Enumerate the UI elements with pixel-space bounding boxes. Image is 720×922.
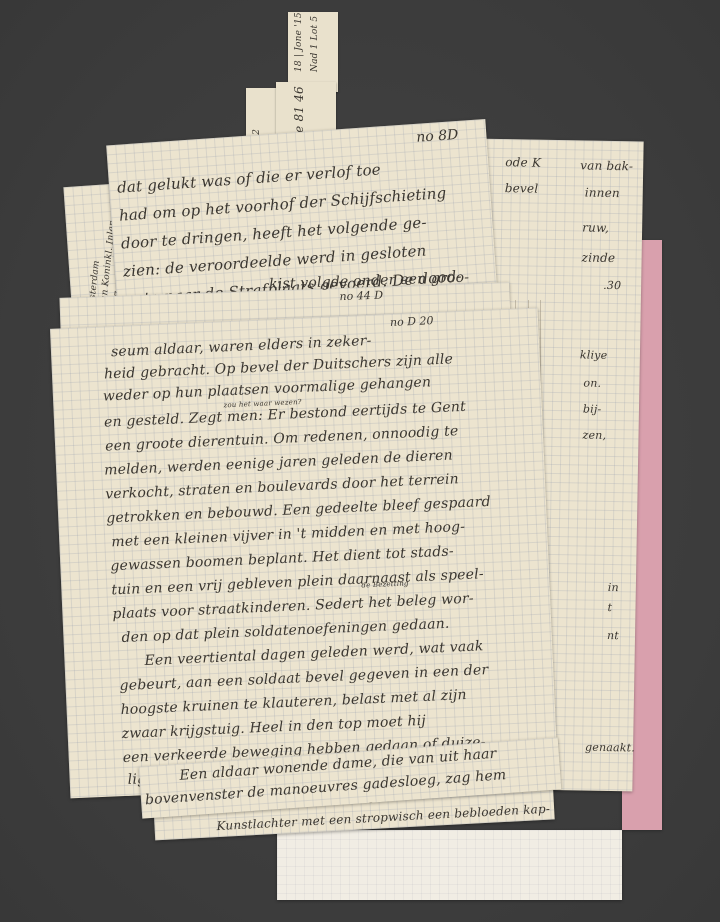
fragment: .30: [603, 279, 621, 292]
fragment: van bak-: [580, 158, 633, 173]
front-manuscript-page: no D 20 seum aldaar, waren elders in zek…: [50, 308, 558, 799]
fragment: innen: [585, 185, 620, 200]
fragment: bij-: [583, 402, 602, 415]
paper-tab-top: 18 | Jone '15 Nad 1 Lot 5: [288, 12, 338, 92]
interlinear-note: de Bezetting: [361, 579, 409, 589]
fragment: bevel: [505, 181, 539, 196]
page-number: no D 20: [390, 314, 434, 329]
tab-line: Nad 1 Lot 5: [310, 16, 320, 72]
fragment: zinde: [582, 250, 616, 265]
page-number: no 8D: [416, 127, 459, 146]
fragment: t: [607, 601, 612, 614]
fragment: ruw,: [582, 220, 609, 234]
fragment: nt: [607, 629, 619, 642]
fragment: on.: [583, 377, 601, 390]
blank-bottom-sheet: [277, 830, 622, 900]
fragment: genaakt.: [585, 741, 635, 755]
page-number: no 44 D: [339, 289, 383, 304]
manuscript-line: zwaar krijgstuig. Heel in den top moet h…: [121, 713, 426, 742]
fragment: ode K: [505, 155, 541, 170]
tab-line: 18 | Jone '15: [294, 12, 304, 72]
fragment: kliye: [580, 348, 608, 361]
fragment: zen,: [582, 428, 606, 441]
fragment: in: [608, 581, 619, 594]
